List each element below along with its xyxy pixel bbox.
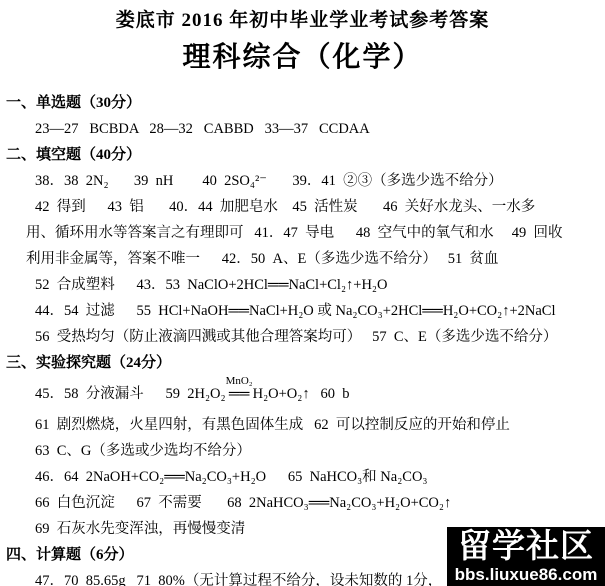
watermark-logo-text: 留学社区 [447,527,605,565]
answer-line: 23—27 BCBDA 28—32 CABBD 33—37 CCDAA [0,116,605,142]
answer-line: 42 得到 43 铝 40．44 加肥皂水 45 活性炭 46 关好水龙头、一水… [0,194,605,220]
page-title: 娄底市 2016 年初中毕业学业考试参考答案 [0,0,605,33]
answer-line: 56 受热均匀（防止液滴四溅或其他合理答案均可） 57 C、E（多选少选不给分） [0,324,605,350]
watermark-badge: 留学社区 bbs.liuxue86.com [447,527,605,586]
continuation-line: 用、循环用水等答案言之有理即可 41．47 导电 48 空气中的氧气和水 49 … [0,220,605,246]
page-subtitle: 理科综合（化学） [0,40,605,76]
answer-line: 46．64 2NaOH+CO₂══Na₂CO₃+H₂O 65 NaHCO₃和 N… [0,464,605,490]
equation-suffix: H₂O+O₂↑ 60 b [253,386,350,402]
answer-line: 38．38 2N₂ 39 nH 40 2SO₄²⁻ 39．41 ②③（多选少选不… [0,168,605,194]
answer-line: 63 C、G（多选或少选均不给分） [0,438,605,464]
section-heading: 三、实验探究题（24分） [0,350,605,376]
section-heading: 一、单选题（30分） [0,90,605,116]
answer-content: 一、单选题（30分） 23—27 BCBDA 28—32 CABBD 33—37… [0,90,605,586]
double-bond-line: ══ [226,387,253,401]
equation-prefix: 45．58 分液漏斗 59 2H₂O₂ [35,386,226,402]
section-heading: 二、填空题（40分） [0,142,605,168]
continuation-line: 利用非金属等，答案不唯一 42．50 A、E（多选少选不给分） 51 贫血 [0,246,605,272]
watermark-site-url: bbs.liuxue86.com [447,565,605,584]
reaction-condition-stack: MnO₂══ [226,376,253,401]
answer-sheet-page: 娄底市 2016 年初中毕业学业考试参考答案 理科综合（化学） 一、单选题（30… [0,0,605,586]
answer-line-with-catalyst-equation: 45．58 分液漏斗 59 2H₂O₂MnO₂══H₂O+O₂↑ 60 b [0,376,605,412]
answer-line: 66 白色沉淀 67 不需要 68 2NaHCO₃══Na₂CO₃+H₂O+CO… [0,490,605,516]
answer-line: 61 剧烈燃烧，火星四射，有黑色固体生成 62 可以控制反应的开始和停止 [0,412,605,438]
answer-line: 52 合成塑料 43．53 NaClO+2HCl══NaCl+Cl₂↑+H₂O [0,272,605,298]
answer-line: 44．54 过滤 55 HCl+NaOH══NaCl+H₂O 或 Na₂CO₃+… [0,298,605,324]
